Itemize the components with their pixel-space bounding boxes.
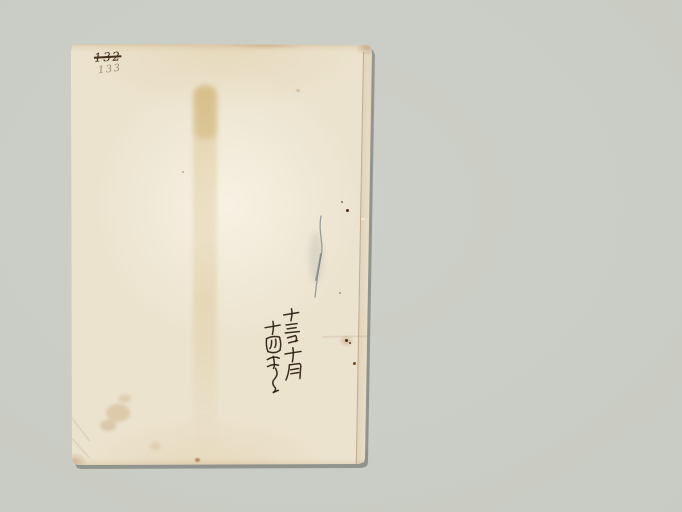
faint-speck [182,171,184,173]
ink-speck [349,342,351,344]
ink-speck [346,209,349,212]
catalog-number-current: 133 [97,63,122,77]
bottom-edge-spot [195,458,200,462]
under-page-notch [361,218,365,220]
calligraphy-left-column [265,321,282,392]
corner-crease [69,414,91,441]
photo-background: 132 133 [0,0,682,512]
foxing-blotch [150,442,161,450]
corner-crease [72,438,90,458]
ink-speck [345,339,348,342]
ink-speck [341,201,343,203]
ink-speck [353,362,356,365]
foxing-blotch [118,394,131,403]
calligraphy-inscription [258,305,311,399]
glue-stain-top [195,87,216,139]
glue-stain-stripe [193,85,217,451]
stray-fibre [312,214,328,300]
foxing-blotch [100,420,116,431]
calligraphy-right-column [283,308,301,380]
grey-speck [339,292,341,294]
manuscript-back-cover: 132 133 [66,42,376,470]
foxing-speck [296,89,300,92]
